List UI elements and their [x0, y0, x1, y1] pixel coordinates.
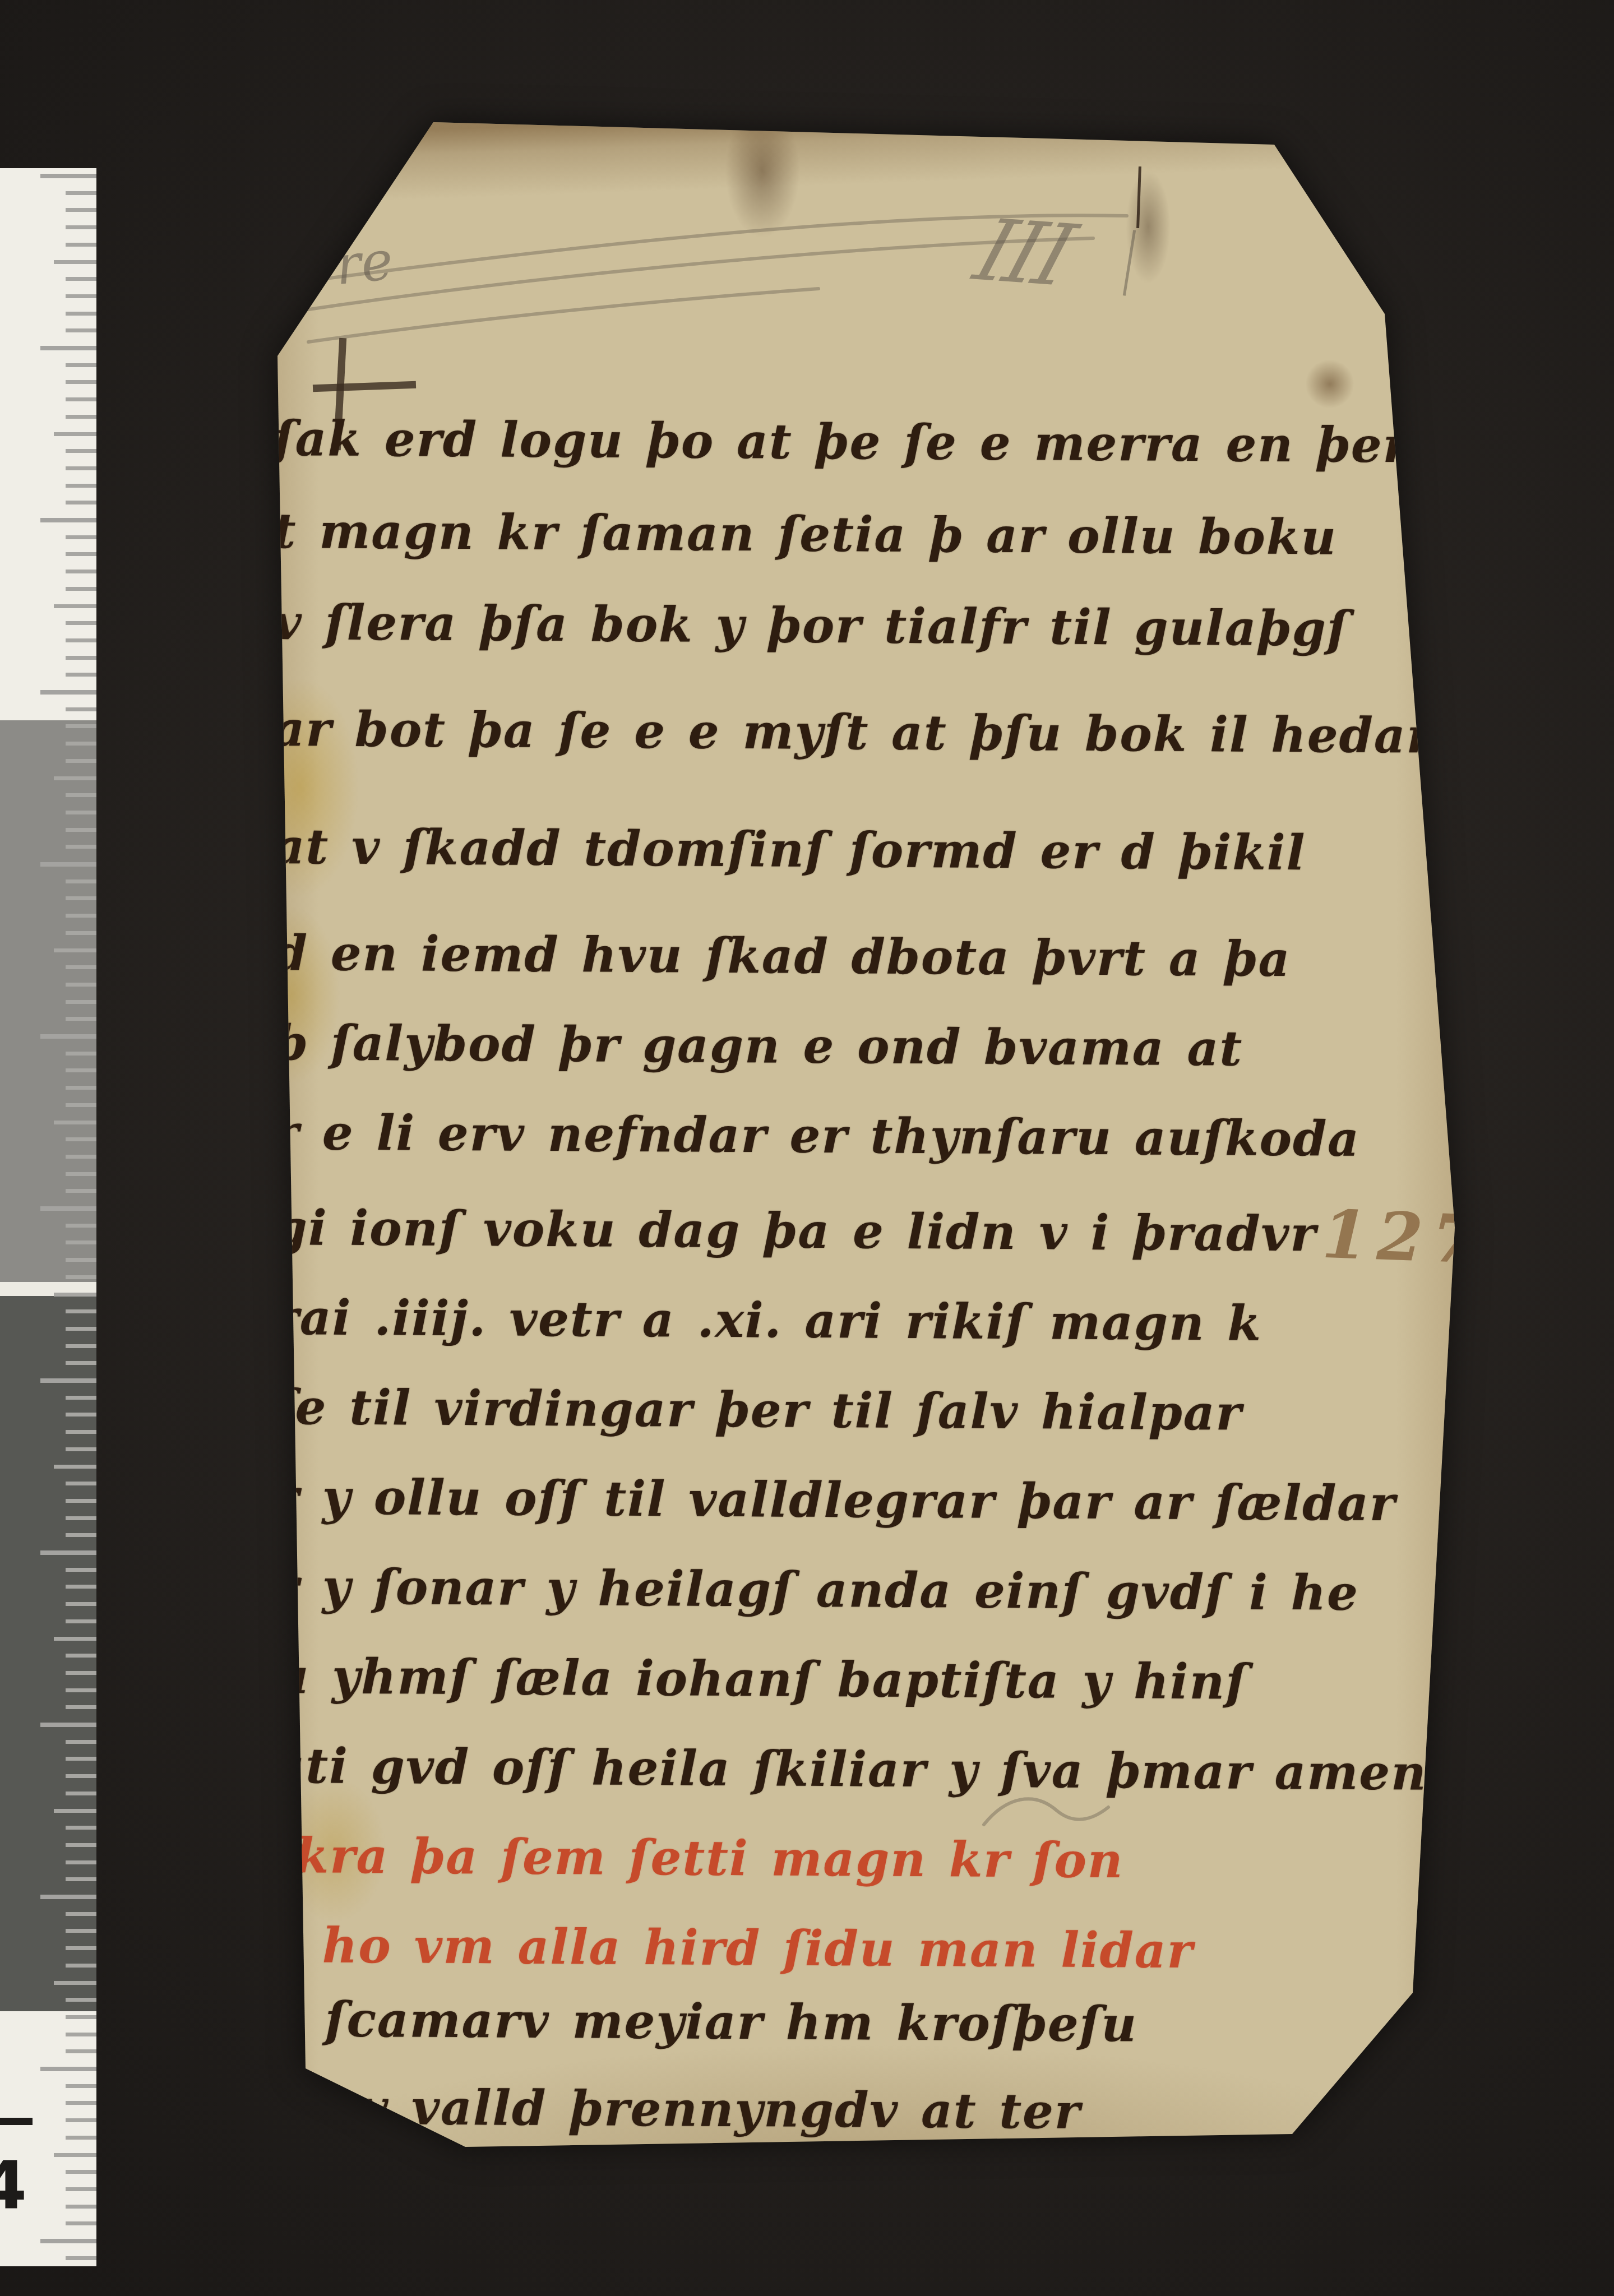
foliation-number: 127: [1321, 1195, 1488, 1279]
manuscript-line: t magn kr ſaman ſetia þ ar ollu boku: [273, 507, 1337, 562]
manuscript-line: þ ſalybod þr gagn e ond bvama at: [273, 1019, 1243, 1073]
manuscript-line: albv valld þrennyngdv at ter: [273, 2083, 1081, 2136]
manuscript-line: r y ſonar y heilagſ anda einſ gvdſ i he: [273, 1563, 1359, 1618]
manuscript-line: u yhmſ ſæla iohanſ baptiſta y hinſ: [273, 1652, 1247, 1707]
manuscript-line: ſak erd logu þo at þe ſe e merra en þer: [273, 415, 1409, 470]
manuscript-line: ar bot þa ſe e e myſt at þſu bok il heda…: [273, 705, 1442, 761]
ruler-card: 4: [0, 168, 96, 2266]
manuscript-line: r y ollu oſſ til valldlegrar þar ar ſæld…: [273, 1473, 1396, 1528]
ruler-number: 4: [0, 2147, 27, 2224]
manuscript-line: d en iemd hvu ſkad dbota þvrt a þa: [273, 929, 1291, 984]
manuscript-photo-scene: 4 III re ſak erd logu þo at þe ſe e merr…: [0, 0, 1614, 2296]
manuscript-line: at v ſkadd tdomſinſ ſormd er d þikil: [273, 823, 1306, 877]
manuscript-line: gi ionſ voku dag þa e lidn v i þradvr: [273, 1204, 1317, 1258]
pencil-note: re: [332, 229, 396, 297]
ruler-index-line: [0, 2118, 33, 2125]
manuscript-line: v ſlera þſa bok y þor tialfr til gulaþgſ: [273, 599, 1349, 654]
manuscript-line: ſkra þa ſem ſetti magn kr ſon: [273, 1832, 1123, 1885]
ruler-ticks-major: [40, 174, 96, 2263]
manuscript-line: r e li erv nefndar er thynſaru auſkoda: [273, 1109, 1360, 1164]
parchment-wrap: III re ſak erd logu þo at þe ſe e merra …: [269, 121, 1463, 2150]
parchment-fragment: III re ſak erd logu þo at þe ſe e merra …: [269, 121, 1463, 2150]
manuscript-line: v ſcamarv meyiar hm kroſþeſu: [273, 1996, 1137, 2049]
manuscript-line: rai .iiij. vetr a .xi. ari rikiſ magn k: [273, 1294, 1262, 1348]
manuscript-line: r ho vm alla hird ſidu man lidar: [273, 1922, 1194, 1975]
manuscript-line: ſe til virdingar þer til ſalv hialpar: [273, 1383, 1242, 1438]
manuscript-line: ati gvd oſſ heila ſkiliar y ſva þmar ame…: [273, 1742, 1427, 1798]
